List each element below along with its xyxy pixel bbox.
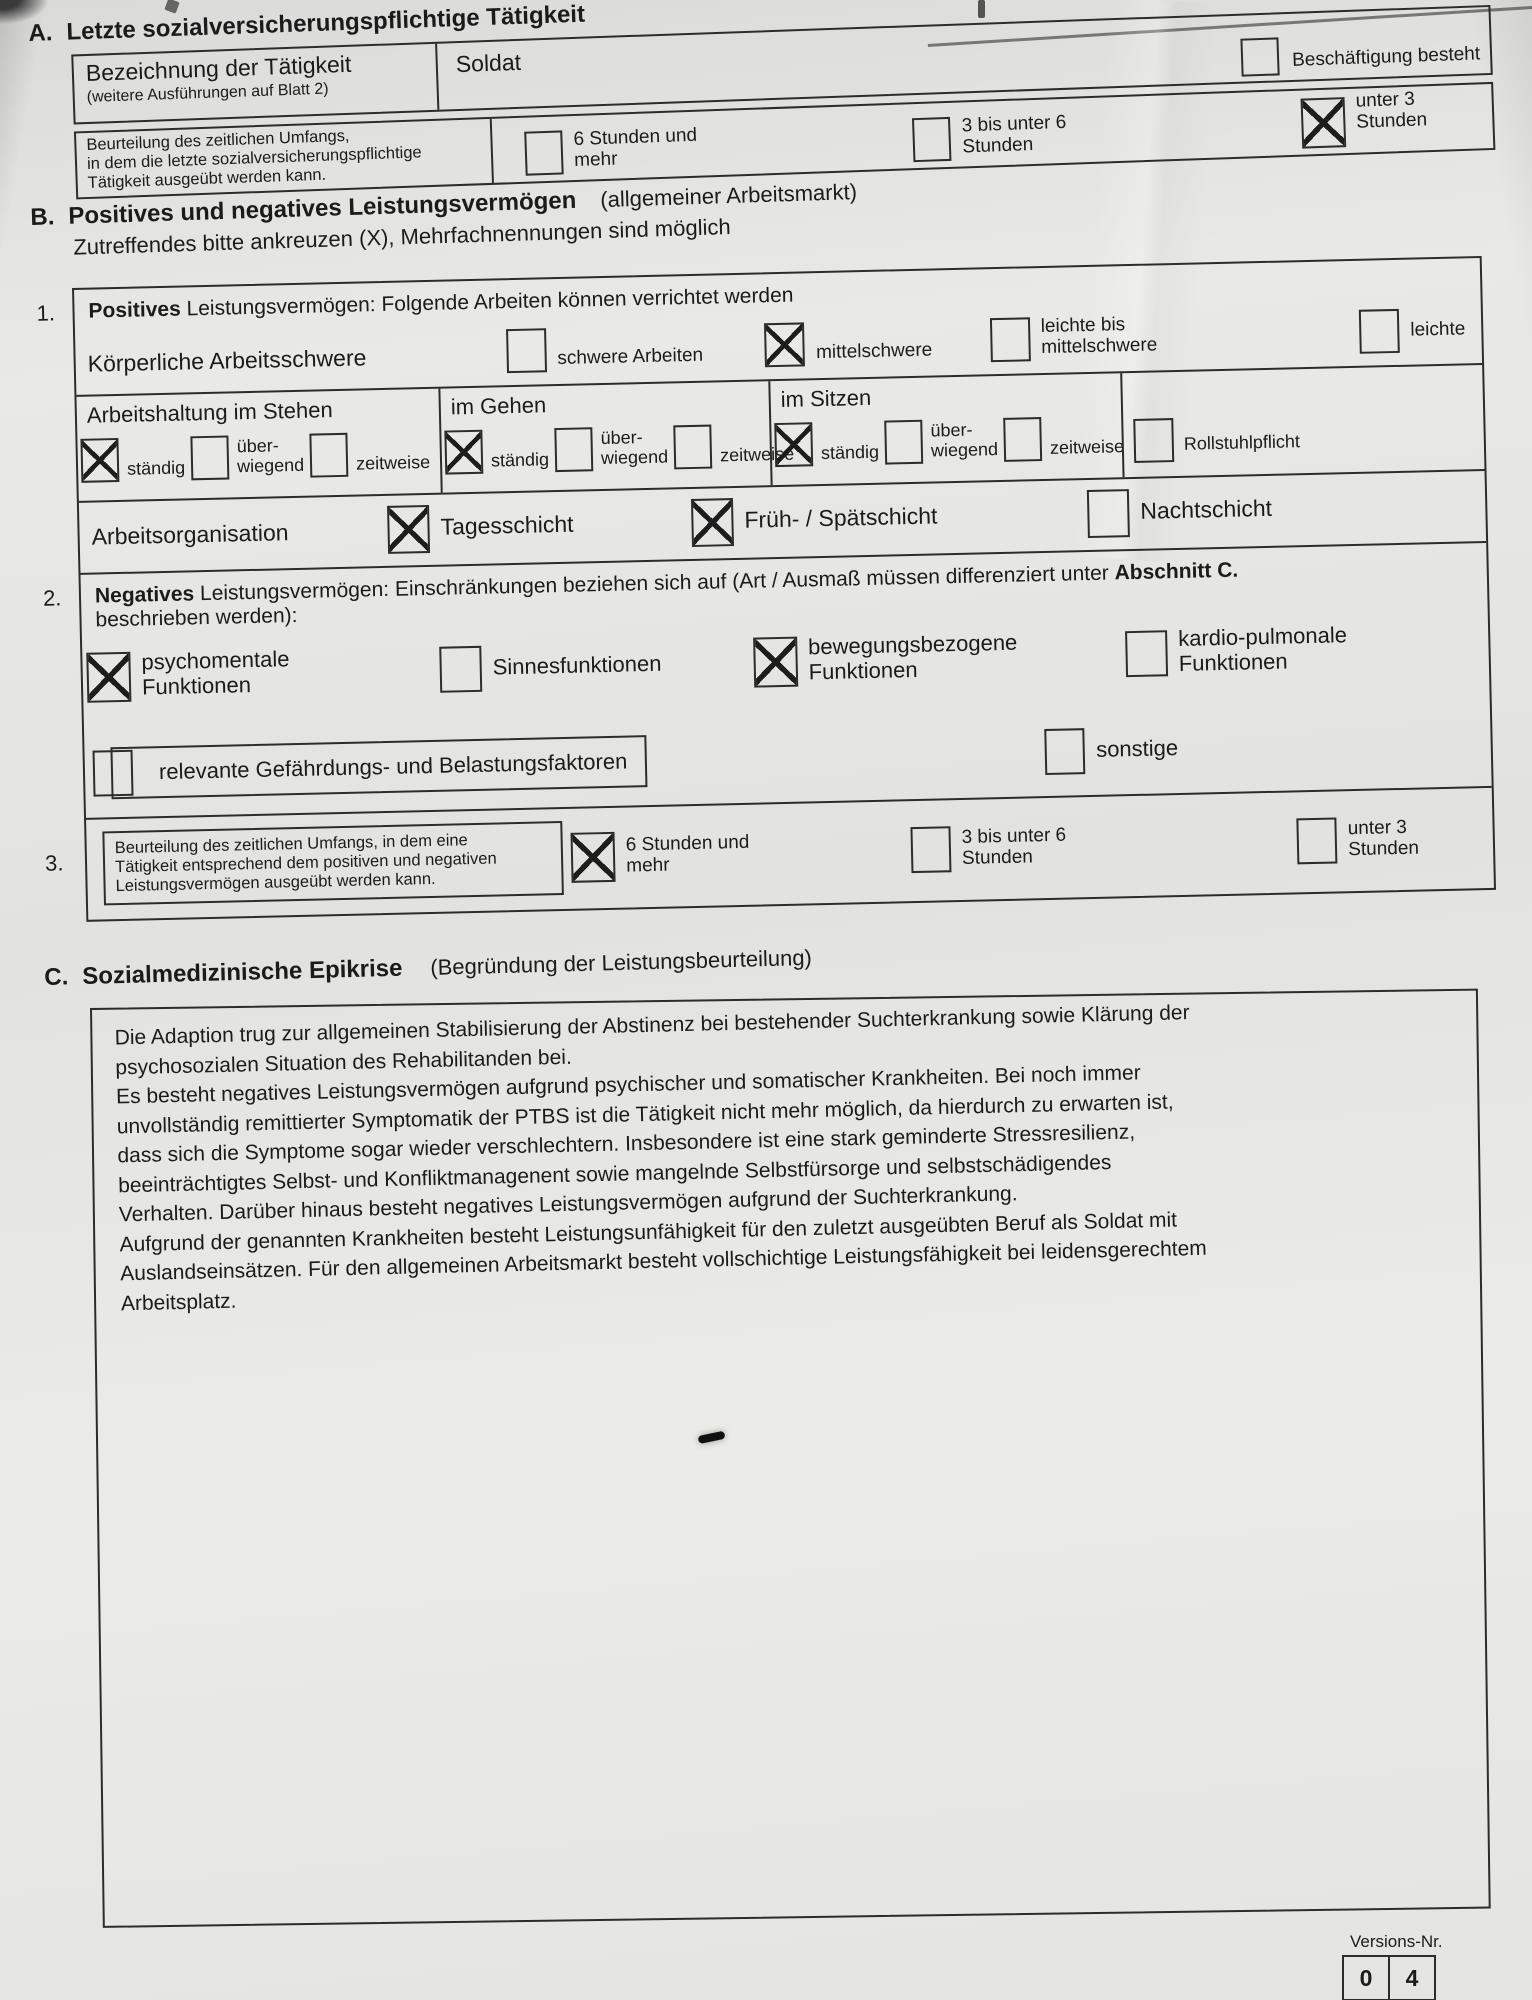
option-label: unter 3 Stunden	[1347, 815, 1479, 860]
option-leichte-bis-mittelschwere: leichte bis mittelschwere	[989, 313, 1157, 362]
section-b-box: 1. Positives Leistungsvermögen: Folgende…	[72, 256, 1496, 922]
haltung-group-header: im Gehen	[440, 381, 769, 430]
checkbox-3-bis-unter-6-stunden[interactable]	[912, 117, 952, 162]
checkbox-b3-3-bis-unter-6-stunden[interactable]	[910, 826, 951, 873]
option-label: über- wiegend	[930, 419, 998, 461]
rollstuhlpflicht-option: Rollstuhlpflicht	[1120, 365, 1484, 477]
section-c-letter: C.	[44, 963, 69, 992]
b-item-2: 2. Negatives Leistungsvermögen: Einschrä…	[81, 543, 1492, 820]
option-psychomentale-funktionen: psychomentale Funktionen	[86, 646, 290, 704]
checkbox-b3-6-stunden-und-mehr[interactable]	[570, 832, 615, 883]
option-label: über- wiegend	[600, 427, 668, 469]
checkbox-nachtschicht[interactable]	[1087, 489, 1130, 538]
option-kardio-pulmonale-funktionen: kardio-pulmonale Funktionen	[1125, 622, 1348, 680]
checkbox-gehen-ueberwiegend[interactable]	[554, 427, 593, 472]
option-label: ständig	[821, 442, 879, 463]
negatives-heading-bold2: Abschnitt C.	[1114, 559, 1238, 585]
checkbox-stehen-zeitweise[interactable]	[309, 433, 348, 478]
checkbox-sonstige[interactable]	[1045, 728, 1086, 775]
option-label: unter 3 Stunden	[1355, 86, 1482, 132]
haltung-checkbox-row: ständig über- wiegend zeitweise	[771, 415, 1122, 467]
section-c-title: Sozialmedizinische Epikrise	[82, 955, 403, 991]
checkbox-b3-unter-3-stunden[interactable]	[1296, 817, 1337, 864]
option-label: ständig	[491, 449, 549, 470]
checkbox-leichte-bis-mittelschwere[interactable]	[990, 317, 1031, 362]
checkbox-frueh-spaetschicht[interactable]	[691, 498, 734, 547]
option-bewegungsbezogene-funktionen: bewegungsbezogene Funktionen	[753, 630, 1018, 689]
option-nachtschicht: Nachtschicht	[1087, 486, 1273, 538]
positives-heading-bold: Positives	[88, 298, 181, 323]
checkbox-kardio-pulmonale-funktionen[interactable]	[1125, 630, 1168, 677]
option-unter-3-stunden: unter 3 Stunden	[1300, 86, 1483, 148]
option-label: ständig	[127, 457, 185, 478]
version-label: Versions-Nr.	[1342, 1932, 1443, 1952]
option-label: mittelschwere	[816, 340, 933, 364]
checkbox-stehen-staendig[interactable]	[80, 438, 119, 483]
checkbox-rollstuhlpflicht[interactable]	[1133, 418, 1174, 463]
haltung-group-sitzen: im Sitzen ständig über- wiegend zeitweis…	[768, 373, 1122, 485]
checkbox-sitzen-ueberwiegend[interactable]	[884, 420, 923, 465]
option-label: 6 Stunden und mehr	[573, 123, 736, 171]
version-digit-1: 0	[1342, 1955, 1390, 2000]
checkbox-unter-3-stunden[interactable]	[1301, 97, 1347, 149]
employment-exists-option: Beschäftigung besteht	[979, 7, 1491, 91]
option-b3-3-bis-unter-6-stunden: 3 bis unter 6 Stunden	[910, 822, 1137, 873]
checkbox-stehen-ueberwiegend[interactable]	[190, 435, 229, 480]
scan-artifact-tick	[164, 0, 179, 14]
section-b-letter: B.	[30, 203, 55, 232]
option-label: Früh- / Spätschicht	[744, 503, 938, 532]
option-label: psychomentale Funktionen	[141, 646, 290, 699]
checkbox-psychomentale-funktionen[interactable]	[86, 651, 131, 702]
checkbox-gehen-staendig[interactable]	[444, 430, 483, 475]
checkbox-gefaehrdungs-belastungsfaktoren[interactable]	[93, 750, 134, 797]
checkbox-6-stunden-und-mehr[interactable]	[524, 130, 564, 175]
option-label: über- wiegend	[236, 435, 304, 477]
option-label: sonstige	[1096, 737, 1178, 760]
item-1-number: 1.	[36, 300, 55, 326]
version-digit-2: 4	[1390, 1955, 1436, 2000]
section-b-subtitle: (allgemeiner Arbeitsmarkt)	[600, 179, 857, 213]
option-label: 3 bis unter 6 Stunden	[961, 110, 1132, 158]
option-tagesschicht: Tagesschicht	[387, 502, 574, 554]
item-3-label-cell: Beurteilung des zeitlichen Umfangs, in d…	[102, 821, 564, 905]
version-footer: Versions-Nr. 0 4	[1342, 1932, 1443, 2000]
job-title-label-cell: Bezeichnung der Tätigkeit (weitere Ausfü…	[73, 44, 439, 123]
option-label: zeitweise	[1050, 436, 1124, 458]
haltung-checkbox-row: ständig über- wiegend zeitweise	[441, 423, 770, 474]
option-label: 3 bis unter 6 Stunden	[961, 822, 1137, 868]
option-schwere-arbeiten: schwere Arbeiten	[506, 325, 704, 373]
staple-mark	[698, 1431, 726, 1444]
hours-assessment-label: Beurteilung des zeitlichen Umfangs, in d…	[76, 119, 494, 197]
option-label: zeitweise	[356, 452, 430, 474]
item-3-number: 3.	[45, 850, 64, 876]
arbeitsorganisation-label: Arbeitsorganisation	[91, 517, 364, 550]
option-label: 6 Stunden und mehr	[626, 830, 794, 876]
job-title-value-field[interactable]: Soldat	[437, 25, 981, 110]
factors-row: relevante Gefährdungs- und Belastungsfak…	[84, 716, 1491, 800]
option-label: Rollstuhlpflicht	[1184, 431, 1300, 454]
option-gefaehrdungs-belastungsfaktoren: relevante Gefährdungs- und Belastungsfak…	[92, 735, 647, 800]
haltung-checkbox-row: ständig über- wiegend zeitweise	[77, 431, 440, 483]
haltung-group-gehen: im Gehen ständig über- wiegend zeitweise	[438, 381, 770, 492]
arbeitsschwere-label: Körperliche Arbeitsschwere	[87, 344, 366, 377]
option-3-bis-unter-6-stunden: 3 bis unter 6 Stunden	[912, 110, 1132, 163]
checkbox-schwere-arbeiten[interactable]	[506, 328, 547, 373]
option-label: bewegungsbezogene Funktionen	[808, 630, 1018, 685]
negatives-heading-bold: Negatives	[95, 582, 195, 607]
option-6-stunden-und-mehr: 6 Stunden und mehr	[524, 123, 736, 175]
epikrise-text: Die Adaption trug zur allgemeinen Stabil…	[92, 977, 1483, 1319]
beschaeftigung-besteht-label: Beschäftigung besteht	[1292, 43, 1481, 71]
option-b3-unter-3-stunden: unter 3 Stunden	[1296, 814, 1479, 864]
haltung-group-stehen: Arbeitshaltung im Stehen ständig über- w…	[76, 389, 440, 501]
option-frueh-spaetschicht: Früh- / Spätschicht	[691, 493, 938, 547]
checkbox-beschaeftigung-besteht[interactable]	[1240, 37, 1279, 76]
b-item-1: 1. Positives Leistungsvermögen: Folgende…	[74, 258, 1486, 575]
checkbox-sitzen-zeitweise[interactable]	[1003, 417, 1042, 462]
checkbox-tagesschicht[interactable]	[387, 505, 430, 554]
checkbox-sinnesfunktionen[interactable]	[439, 645, 482, 692]
item-2-number: 2.	[43, 585, 62, 611]
version-digit-boxes: 0 4	[1342, 1955, 1443, 2000]
checkbox-mittelschwere[interactable]	[764, 322, 805, 367]
option-sinnesfunktionen: Sinnesfunktionen	[439, 641, 662, 692]
checkbox-gehen-zeitweise[interactable]	[673, 425, 712, 470]
option-label: schwere Arbeiten	[557, 345, 703, 369]
section-c-subtitle: (Begründung der Leistungsbeurteilung)	[430, 945, 812, 981]
option-label: kardio-pulmonale Funktionen	[1178, 622, 1348, 676]
option-leichte: leichte	[1359, 307, 1466, 353]
option-label: Nachtschicht	[1140, 496, 1272, 524]
option-label: Sinnesfunktionen	[492, 650, 661, 679]
checkbox-sitzen-staendig[interactable]	[774, 422, 813, 467]
checkbox-leichte[interactable]	[1359, 309, 1400, 354]
factors-box: relevante Gefährdungs- und Belastungsfak…	[110, 735, 647, 799]
option-b3-6-stunden-und-mehr: 6 Stunden und mehr	[570, 828, 793, 883]
option-label: leichte	[1410, 318, 1465, 340]
option-sonstige: sonstige	[1045, 726, 1179, 775]
epikrise-box: Die Adaption trug zur allgemeinen Stabil…	[90, 989, 1491, 1928]
option-label: Tagesschicht	[440, 512, 574, 540]
option-mittelschwere: mittelschwere	[764, 320, 932, 368]
section-a-letter: A.	[28, 19, 53, 48]
option-label: leichte bis mittelschwere	[1040, 313, 1157, 358]
checkbox-bewegungsbezogene-funktionen[interactable]	[753, 636, 798, 687]
